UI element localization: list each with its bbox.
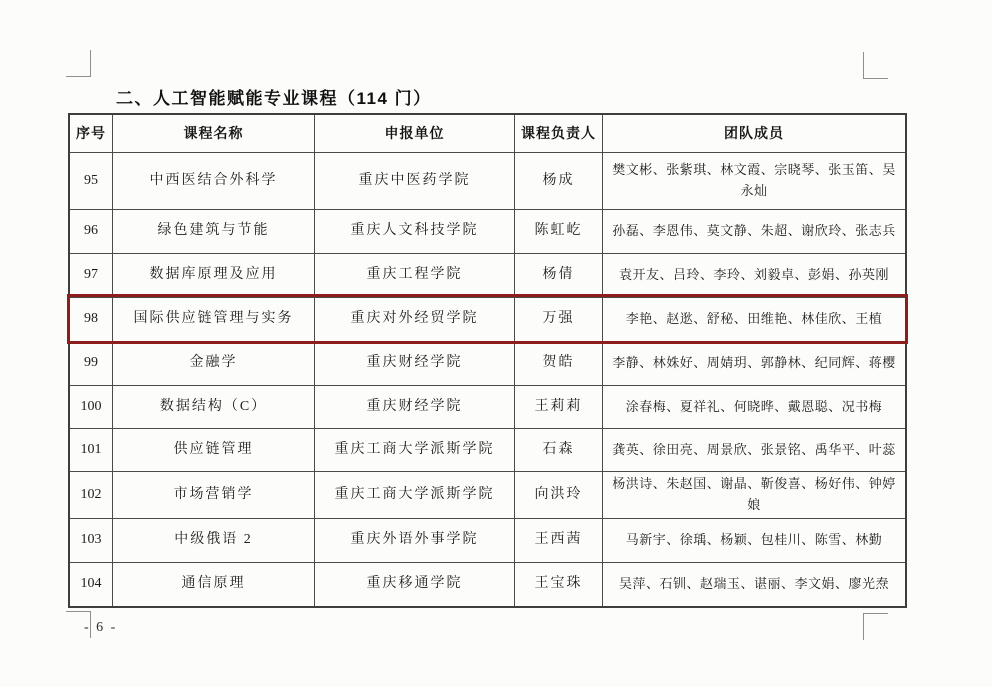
cell-course-name: 数据库原理及应用 bbox=[112, 254, 314, 297]
cell-members: 樊文彬、张紫琪、林文霞、宗晓琴、张玉笛、吴永灿 bbox=[602, 153, 905, 209]
cell-members: 李艳、赵逖、舒秘、田维艳、林佳欣、王植 bbox=[602, 298, 905, 341]
cell-members: 李静、林姝好、周婧玥、郭静林、纪同辉、蒋樱 bbox=[602, 342, 905, 385]
table-row: 103 中级俄语 2 重庆外语外事学院 王西茜 马新宇、徐瑀、杨颖、包桂川、陈雪… bbox=[70, 518, 905, 562]
cell-leader: 王宝珠 bbox=[514, 563, 602, 606]
table-row: 101 供应链管理 重庆工商大学派斯学院 石森 龚英、徐田亮、周景欣、张景铭、禹… bbox=[70, 428, 905, 471]
cell-serial: 97 bbox=[70, 254, 112, 297]
cell-unit: 重庆中医药学院 bbox=[314, 153, 514, 209]
cell-unit: 重庆移通学院 bbox=[314, 563, 514, 606]
cell-leader: 王西茜 bbox=[514, 519, 602, 562]
cell-leader: 杨倩 bbox=[514, 254, 602, 297]
cell-unit: 重庆外语外事学院 bbox=[314, 519, 514, 562]
cell-course-name: 国际供应链管理与实务 bbox=[112, 298, 314, 341]
table-row: 95 中西医结合外科学 重庆中医药学院 杨成 樊文彬、张紫琪、林文霞、宗晓琴、张… bbox=[70, 152, 905, 209]
cell-unit: 重庆人文科技学院 bbox=[314, 210, 514, 253]
cell-members: 马新宇、徐瑀、杨颖、包桂川、陈雪、林勤 bbox=[602, 519, 905, 562]
header-members: 团队成员 bbox=[602, 115, 905, 152]
cell-serial: 98 bbox=[70, 298, 112, 341]
cell-unit: 重庆财经学院 bbox=[314, 342, 514, 385]
cell-serial: 96 bbox=[70, 210, 112, 253]
course-table: 序号 课程名称 申报单位 课程负责人 团队成员 95 中西医结合外科学 重庆中医… bbox=[68, 113, 907, 608]
table-row: 102 市场营销学 重庆工商大学派斯学院 向洪玲 杨洪诗、朱赵国、谢晶、靳俊喜、… bbox=[70, 471, 905, 518]
cell-course-name: 数据结构（C） bbox=[112, 386, 314, 428]
cell-leader: 万强 bbox=[514, 298, 602, 341]
cell-members: 杨洪诗、朱赵国、谢晶、靳俊喜、杨好伟、钟婷娘 bbox=[602, 472, 905, 518]
cell-serial: 99 bbox=[70, 342, 112, 385]
crop-mark-bottom-right bbox=[863, 613, 888, 640]
cell-members: 涂春梅、夏祥礼、何晓晔、戴恩聪、况书梅 bbox=[602, 386, 905, 428]
page-number: - 6 - bbox=[84, 620, 117, 636]
cell-course-name: 中西医结合外科学 bbox=[112, 153, 314, 209]
table-row: 96 绿色建筑与节能 重庆人文科技学院 陈虹屹 孙磊、李恩伟、莫文静、朱超、谢欣… bbox=[70, 209, 905, 253]
table-row: 99 金融学 重庆财经学院 贺皓 李静、林姝好、周婧玥、郭静林、纪同辉、蒋樱 bbox=[70, 341, 905, 385]
cell-leader: 王莉莉 bbox=[514, 386, 602, 428]
header-unit: 申报单位 bbox=[314, 115, 514, 152]
cell-serial: 101 bbox=[70, 429, 112, 471]
cell-course-name: 市场营销学 bbox=[112, 472, 314, 518]
cell-course-name: 供应链管理 bbox=[112, 429, 314, 471]
cell-serial: 104 bbox=[70, 563, 112, 606]
cell-course-name: 中级俄语 2 bbox=[112, 519, 314, 562]
table-row: 100 数据结构（C） 重庆财经学院 王莉莉 涂春梅、夏祥礼、何晓晔、戴恩聪、况… bbox=[70, 385, 905, 428]
table-row: 104 通信原理 重庆移通学院 王宝珠 吴萍、石钏、赵瑞玉、谌丽、李文娟、廖光焘 bbox=[70, 562, 905, 606]
cell-members: 袁开友、吕玲、李玲、刘毅卓、彭娟、孙英刚 bbox=[602, 254, 905, 297]
cell-leader: 石森 bbox=[514, 429, 602, 471]
cell-course-name: 金融学 bbox=[112, 342, 314, 385]
crop-mark-top-right bbox=[863, 52, 888, 79]
cell-serial: 100 bbox=[70, 386, 112, 428]
cell-members: 吴萍、石钏、赵瑞玉、谌丽、李文娟、廖光焘 bbox=[602, 563, 905, 606]
cell-course-name: 通信原理 bbox=[112, 563, 314, 606]
cell-unit: 重庆工程学院 bbox=[314, 254, 514, 297]
cell-unit: 重庆财经学院 bbox=[314, 386, 514, 428]
cell-serial: 103 bbox=[70, 519, 112, 562]
highlighted-table-row: 98 国际供应链管理与实务 重庆对外经贸学院 万强 李艳、赵逖、舒秘、田维艳、林… bbox=[70, 297, 905, 341]
cell-course-name: 绿色建筑与节能 bbox=[112, 210, 314, 253]
table-row: 97 数据库原理及应用 重庆工程学院 杨倩 袁开友、吕玲、李玲、刘毅卓、彭娟、孙… bbox=[70, 253, 905, 297]
cell-members: 孙磊、李恩伟、莫文静、朱超、谢欣玲、张志兵 bbox=[602, 210, 905, 253]
header-leader: 课程负责人 bbox=[514, 115, 602, 152]
crop-mark-top-left bbox=[66, 50, 91, 77]
cell-serial: 95 bbox=[70, 153, 112, 209]
header-serial: 序号 bbox=[70, 115, 112, 152]
cell-leader: 陈虹屹 bbox=[514, 210, 602, 253]
cell-members: 龚英、徐田亮、周景欣、张景铭、禹华平、叶蕊 bbox=[602, 429, 905, 471]
cell-serial: 102 bbox=[70, 472, 112, 518]
cell-unit: 重庆工商大学派斯学院 bbox=[314, 429, 514, 471]
cell-unit: 重庆对外经贸学院 bbox=[314, 298, 514, 341]
section-title: 二、人工智能赋能专业课程（114 门） bbox=[116, 84, 432, 109]
table-header-row: 序号 课程名称 申报单位 课程负责人 团队成员 bbox=[70, 115, 905, 152]
cell-unit: 重庆工商大学派斯学院 bbox=[314, 472, 514, 518]
cell-leader: 向洪玲 bbox=[514, 472, 602, 518]
cell-leader: 杨成 bbox=[514, 153, 602, 209]
header-course-name: 课程名称 bbox=[112, 115, 314, 152]
cell-leader: 贺皓 bbox=[514, 342, 602, 385]
